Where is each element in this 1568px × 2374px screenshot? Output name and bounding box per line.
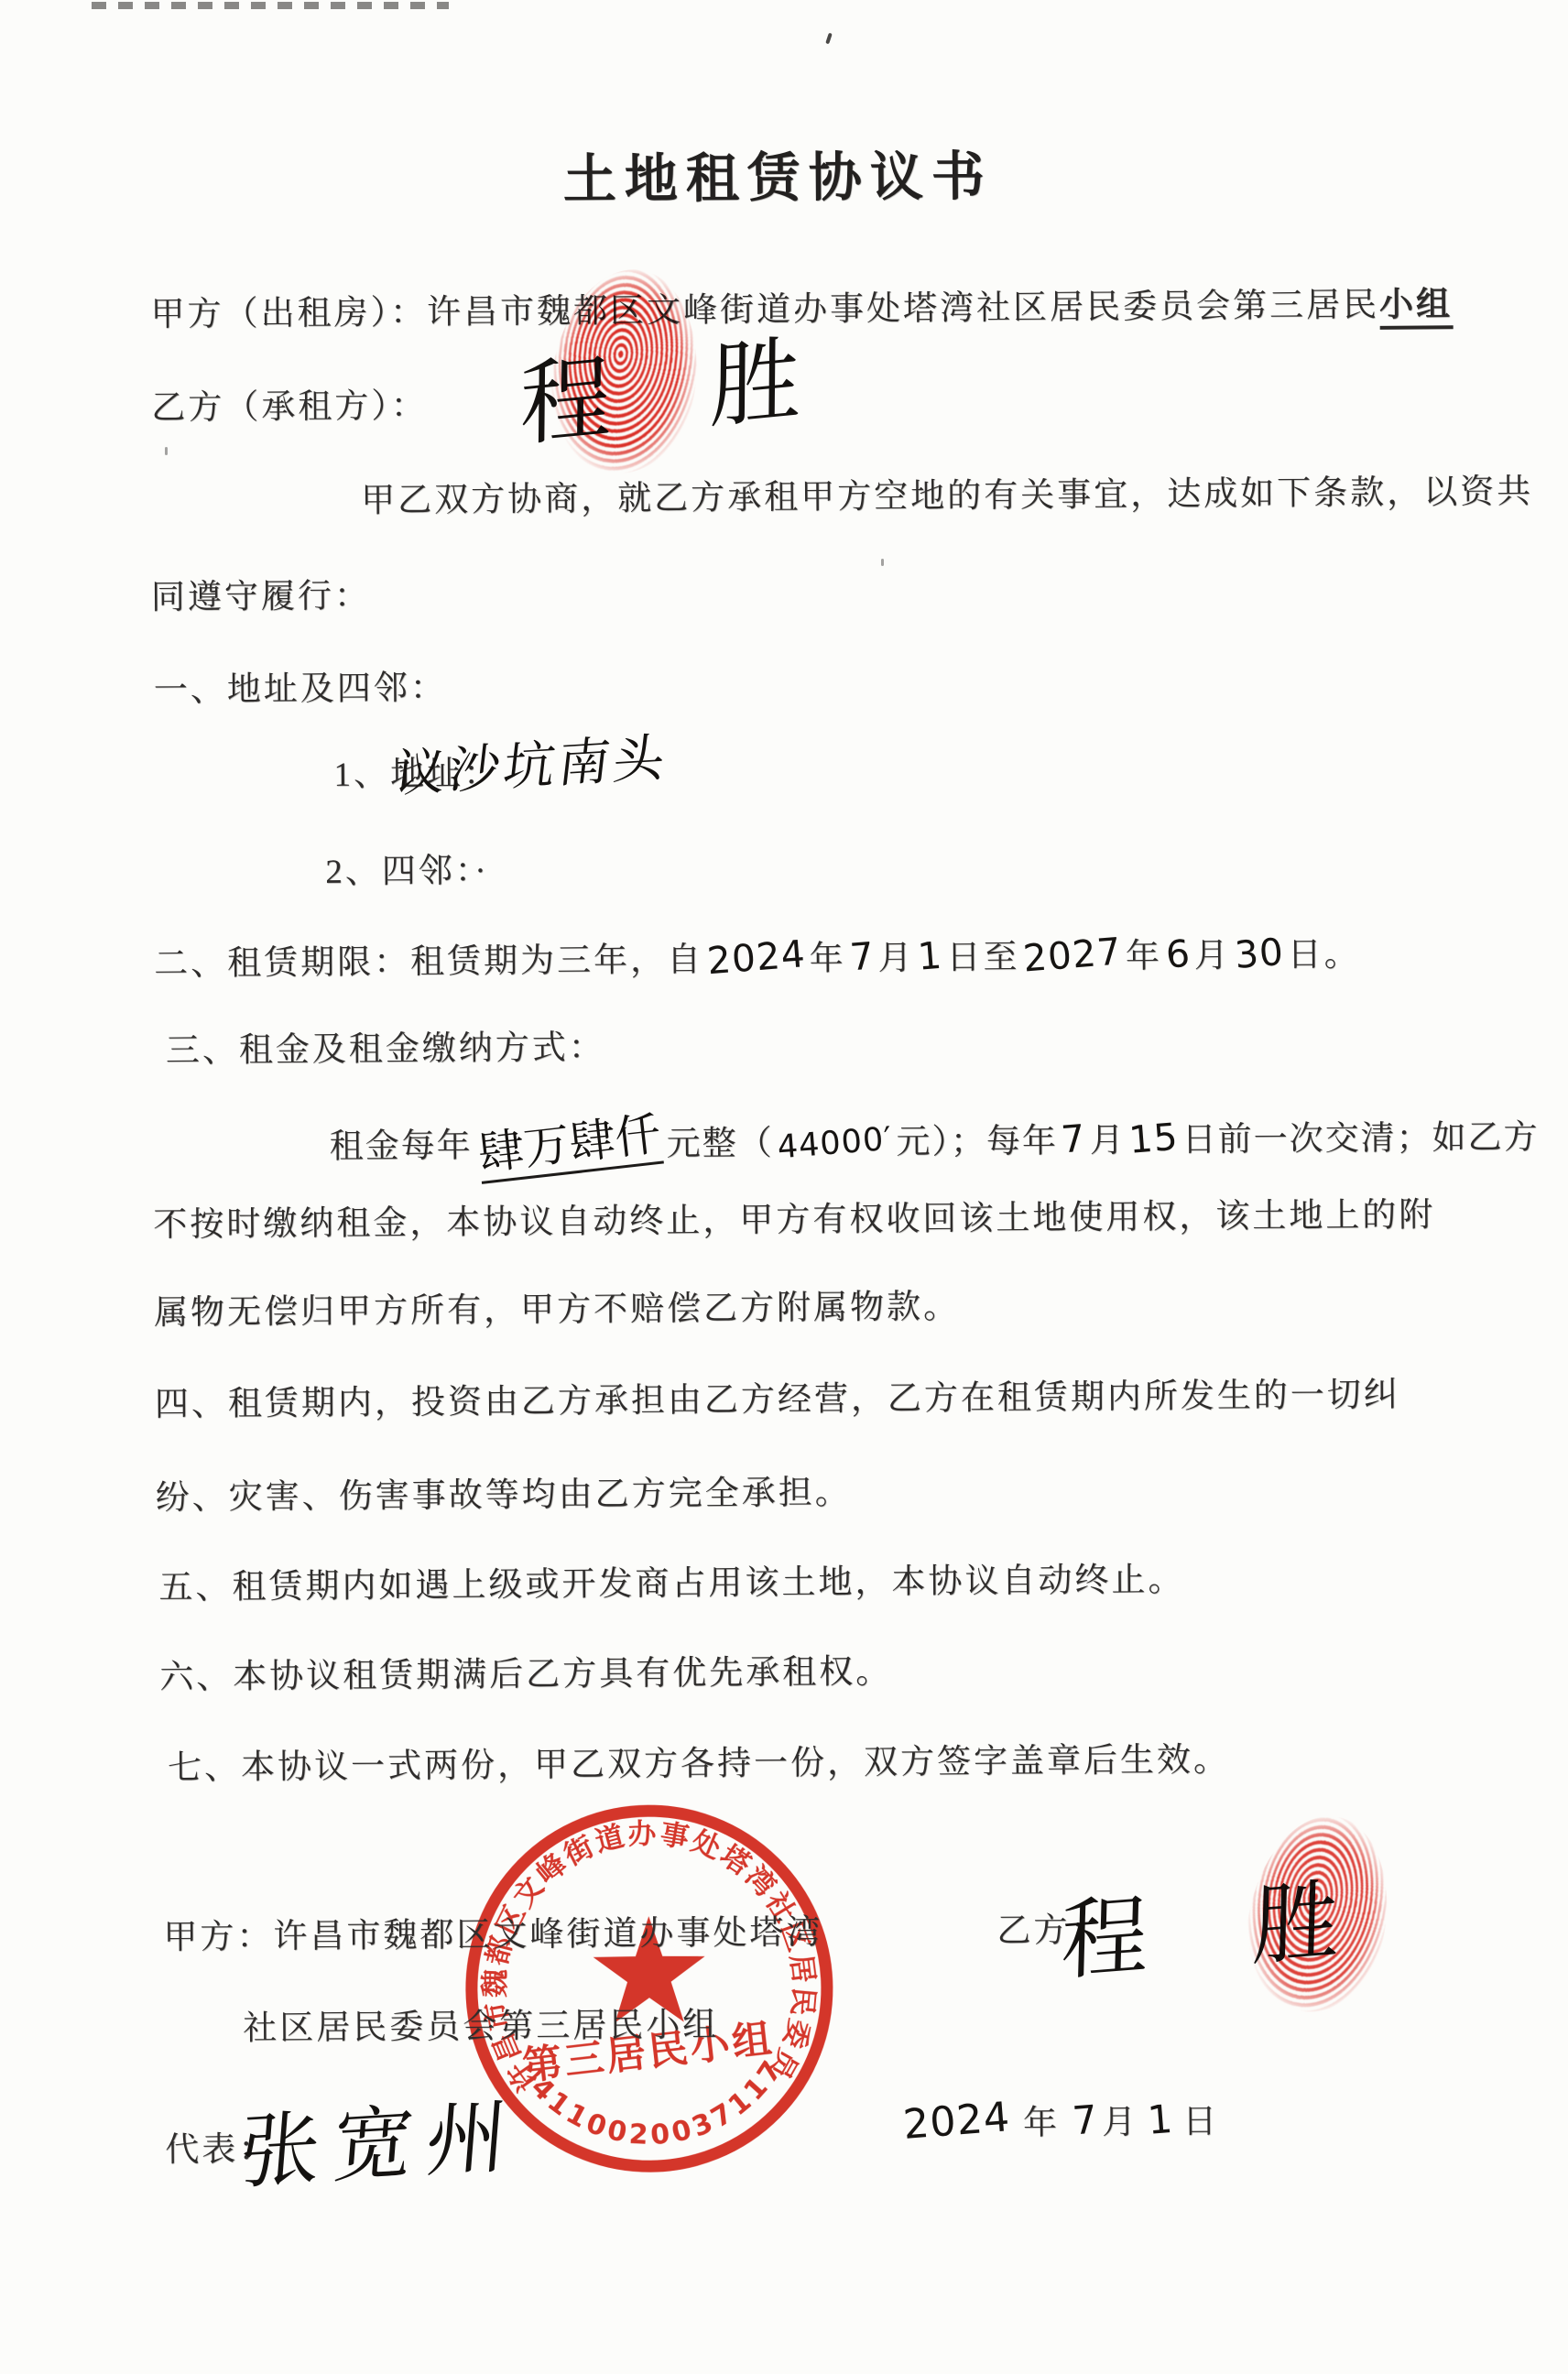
hw-date-day: 1 bbox=[1146, 2098, 1175, 2145]
term-text-mid: 日至 bbox=[946, 939, 1019, 977]
hw-end-day: 30 bbox=[1233, 931, 1285, 977]
date-month-unit: 月 bbox=[1102, 2104, 1138, 2141]
hw-rent-amount-chinese: 肆万肆仟 bbox=[475, 1108, 664, 1184]
party-a-label: 甲方（出租房）： bbox=[150, 294, 427, 333]
section-4-line-2: 纷、灾害、伤害事故等均由乙方完全承担。 bbox=[156, 1474, 852, 1519]
section-1-item-2: 2、四邻：· bbox=[325, 853, 489, 893]
hw-start-month: 7 bbox=[848, 934, 876, 979]
section-3-line-2: 不按时缴纳租金，本协议自动终止，甲方有权收回该土地使用权，该土地上的附 bbox=[153, 1196, 1435, 1246]
section-7-line: 七、本协议一式两份，甲乙双方各持一份，双方签字盖章后生效。 bbox=[168, 1741, 1230, 1789]
date-day-unit: 日 bbox=[1182, 2103, 1219, 2140]
party-b-line: 乙方（承租方）： bbox=[151, 387, 428, 429]
rent-text-b: 元）；每年 bbox=[896, 1123, 1058, 1161]
rent-text-c: 月 bbox=[1090, 1122, 1126, 1160]
unit-year-2: 年 bbox=[1126, 938, 1162, 975]
hw-pay-month: 7 bbox=[1060, 1117, 1087, 1162]
footer-party-a-line-1: 甲方：许昌市魏都区文峰街道办事处塔湾 bbox=[163, 1914, 822, 1958]
representative-signature: 张宽州 bbox=[235, 2072, 525, 2205]
party-a-value-emphasis: 小组 bbox=[1379, 286, 1453, 330]
date-year-unit: 年 bbox=[1023, 2105, 1060, 2142]
hw-end-year: 2027 bbox=[1022, 930, 1124, 980]
section-1-heading: 一、地址及四邻： bbox=[154, 670, 447, 711]
hw-pay-day: 15 bbox=[1127, 1116, 1180, 1162]
fingerprint-mark-bottom bbox=[1234, 1805, 1402, 2023]
section-5-line: 五、租赁期内如遇上级或开发商占用该土地，本协议自动终止。 bbox=[158, 1562, 1184, 1608]
section-4-line-1: 四、租赁期内，投资由乙方承担由乙方经营，乙方在租赁期内所发生的一切纠 bbox=[155, 1377, 1400, 1425]
neighbors-label: 2、四邻： bbox=[325, 853, 474, 891]
unit-month-1: 月 bbox=[877, 940, 914, 977]
hw-start-year: 2024 bbox=[705, 932, 807, 983]
rent-text-pre: 租金每年 bbox=[330, 1127, 473, 1166]
section-3-rent-line: 租金每年肆万肆仟元整（44000′元）；每年7月15日前一次交清；如乙方 bbox=[329, 1107, 1539, 1172]
document-content: 土地租赁协议书 甲方（出租房）：许昌市魏都区文峰街道办事处塔湾社区居民委员会第三… bbox=[0, 0, 1568, 2374]
document-page: 土地租赁协议书 甲方（出租房）：许昌市魏都区文峰街道办事处塔湾社区居民委员会第三… bbox=[0, 0, 1568, 2374]
unit-year-1: 年 bbox=[809, 940, 845, 977]
document-title: 土地租赁协议书 bbox=[0, 142, 1563, 215]
rent-text-a: 元整（ bbox=[667, 1125, 774, 1163]
hw-rent-amount-numeric: 44000′ bbox=[776, 1121, 894, 1167]
rent-text-d: 日前一次交清；如乙方 bbox=[1181, 1119, 1539, 1160]
hw-start-day: 1 bbox=[917, 934, 944, 979]
address-value-handwritten: 议沙坑南头 bbox=[390, 717, 673, 808]
section-3-line-3: 属物无偿归甲方所有，甲方不赔偿乙方附属物款。 bbox=[154, 1289, 960, 1334]
footer-date-line: 2024年7月1日 bbox=[899, 2096, 1220, 2146]
term-text-pre: 二、租赁期限：租赁期为三年，自 bbox=[154, 942, 703, 984]
footer-party-a-line-2: 社区居民委员会第三居民小组 bbox=[243, 2007, 719, 2050]
party-b-label: 乙方（承租方）： bbox=[151, 387, 428, 427]
preamble-line-1: 甲乙双方协商，就乙方承租甲方空地的有关事宜，达成如下条款，以资共 bbox=[361, 474, 1533, 522]
hw-date-year: 2024 bbox=[901, 2094, 1012, 2149]
neighbors-mark: · bbox=[474, 853, 489, 890]
section-6-line: 六、本协议租赁期满后乙方具有优先承租权。 bbox=[159, 1653, 892, 1698]
section-3-heading: 三、租金及租金缴纳方式： bbox=[166, 1029, 605, 1072]
hw-date-month: 7 bbox=[1071, 2098, 1100, 2145]
preamble-line-2: 同遵守履行： bbox=[151, 578, 371, 618]
hw-end-month: 6 bbox=[1164, 932, 1192, 977]
unit-month-2: 月 bbox=[1194, 937, 1231, 975]
section-2-term-line: 二、租赁期限：租赁期为三年，自2024年7月1日至2027年6月30日。 bbox=[154, 931, 1361, 985]
term-text-end: 日。 bbox=[1287, 936, 1360, 975]
